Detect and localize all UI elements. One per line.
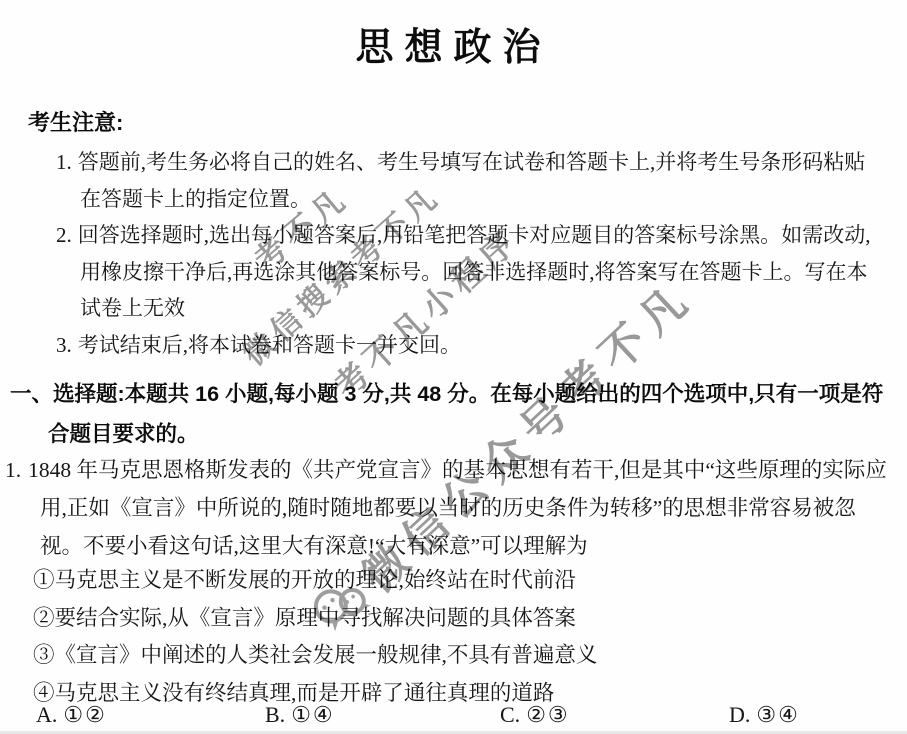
answer-choice-label: C. (500, 702, 520, 727)
question-option: ①马克思主义是不断发展的开放的理论,始终站在时代前沿 (33, 562, 893, 600)
exam-paper-page: 思想政治 考生注意: 1.答题前,考生务必将自己的姓名、考生号填写在试卷和答题卡… (0, 0, 907, 734)
notice-item-text: 考试结束后,将本试卷和答题卡一并交回。 (78, 333, 461, 357)
answer-choice-label: D. (729, 702, 750, 727)
answer-choice-row: A.①② B.①④ C.②③ D.③④ (36, 702, 896, 728)
notice-item: 2.回答选择题时,选出每小题答案后,用铅笔把答题卡对应题目的答案标号涂黑。如需改… (0, 217, 880, 327)
question-stem: 1848 年马克思恩格斯发表的《共产党宣言》的基本思想有若干,但是其中“这些原理… (28, 458, 887, 558)
answer-choice-b: B.①④ (265, 702, 500, 728)
section-heading: 一、选择题:本题共 16 小题,每小题 3 分,共 48 分。在每小题给出的四个… (10, 374, 896, 454)
answer-choice-label: B. (265, 702, 285, 727)
question-option-list: ①马克思主义是不断发展的开放的理论,始终站在时代前沿 ②要结合实际,从《宣言》原… (33, 562, 893, 712)
answer-choice-value: ①② (63, 702, 106, 727)
question-number: 1. (5, 458, 21, 482)
answer-choice-value: ①④ (291, 702, 334, 727)
notice-item-text: 答题前,考生务必将自己的姓名、考生号填写在试卷和答题卡上,并将考生号条形码粘贴在… (78, 150, 866, 211)
answer-choice-d: D.③④ (729, 702, 896, 728)
answer-choice-a: A.①② (36, 702, 265, 728)
notice-item-text: 回答选择题时,选出每小题答案后,用铅笔把答题卡对应题目的答案标号涂黑。如需改动,… (78, 223, 871, 320)
notice-list: 1.答题前,考生务必将自己的姓名、考生号填写在试卷和答题卡上,并将考生号条形码粘… (0, 144, 880, 363)
notice-heading: 考生注意: (28, 106, 123, 137)
page-title: 思想政治 (0, 16, 907, 71)
question-option: ②要结合实际,从《宣言》原理中寻找解决问题的具体答案 (33, 600, 893, 638)
question-option: ③《宣言》中阐述的人类社会发展一般规律,不具有普遍意义 (33, 637, 893, 675)
answer-choice-label: A. (36, 702, 57, 727)
notice-item: 1.答题前,考生务必将自己的姓名、考生号填写在试卷和答题卡上,并将考生号条形码粘… (0, 144, 880, 217)
paper-content: 思想政治 考生注意: 1.答题前,考生务必将自己的姓名、考生号填写在试卷和答题卡… (0, 0, 907, 734)
answer-choice-value: ③④ (756, 702, 799, 727)
notice-item: 3.考试结束后,将本试卷和答题卡一并交回。 (0, 327, 880, 364)
notice-item-number: 2. (56, 223, 72, 247)
notice-item-number: 3. (56, 333, 72, 357)
notice-item-number: 1. (56, 150, 72, 174)
answer-choice-c: C.②③ (500, 702, 729, 728)
question-1: 1.1848 年马克思恩格斯发表的《共产党宣言》的基本思想有若干,但是其中“这些… (5, 451, 895, 565)
answer-choice-value: ②③ (526, 702, 569, 727)
